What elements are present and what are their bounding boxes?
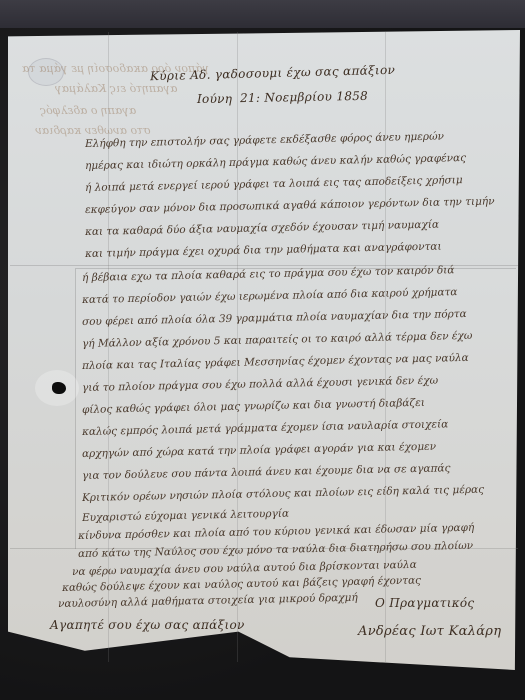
signature: Ανδρέας Ιωτ Καλάρη bbox=[358, 624, 501, 639]
paper-hole bbox=[52, 382, 66, 394]
bleed-through-text: αγαπη ο αδελφός bbox=[40, 104, 136, 117]
closing-line: Αγαπητέ σου έχω σας απάξιον bbox=[50, 618, 245, 632]
bleed-through-text: στο ανωθεν καρδιαν bbox=[35, 124, 151, 137]
letter-place: Ιούνη bbox=[197, 92, 232, 106]
bleed-through-text: αγαπητό εις Καλάμαγ bbox=[55, 82, 178, 95]
table-surface bbox=[0, 0, 525, 28]
letter-date: 21: Νοεμβρίου 1858 bbox=[240, 89, 368, 105]
valediction: Ο Πραγματικός bbox=[375, 596, 474, 610]
